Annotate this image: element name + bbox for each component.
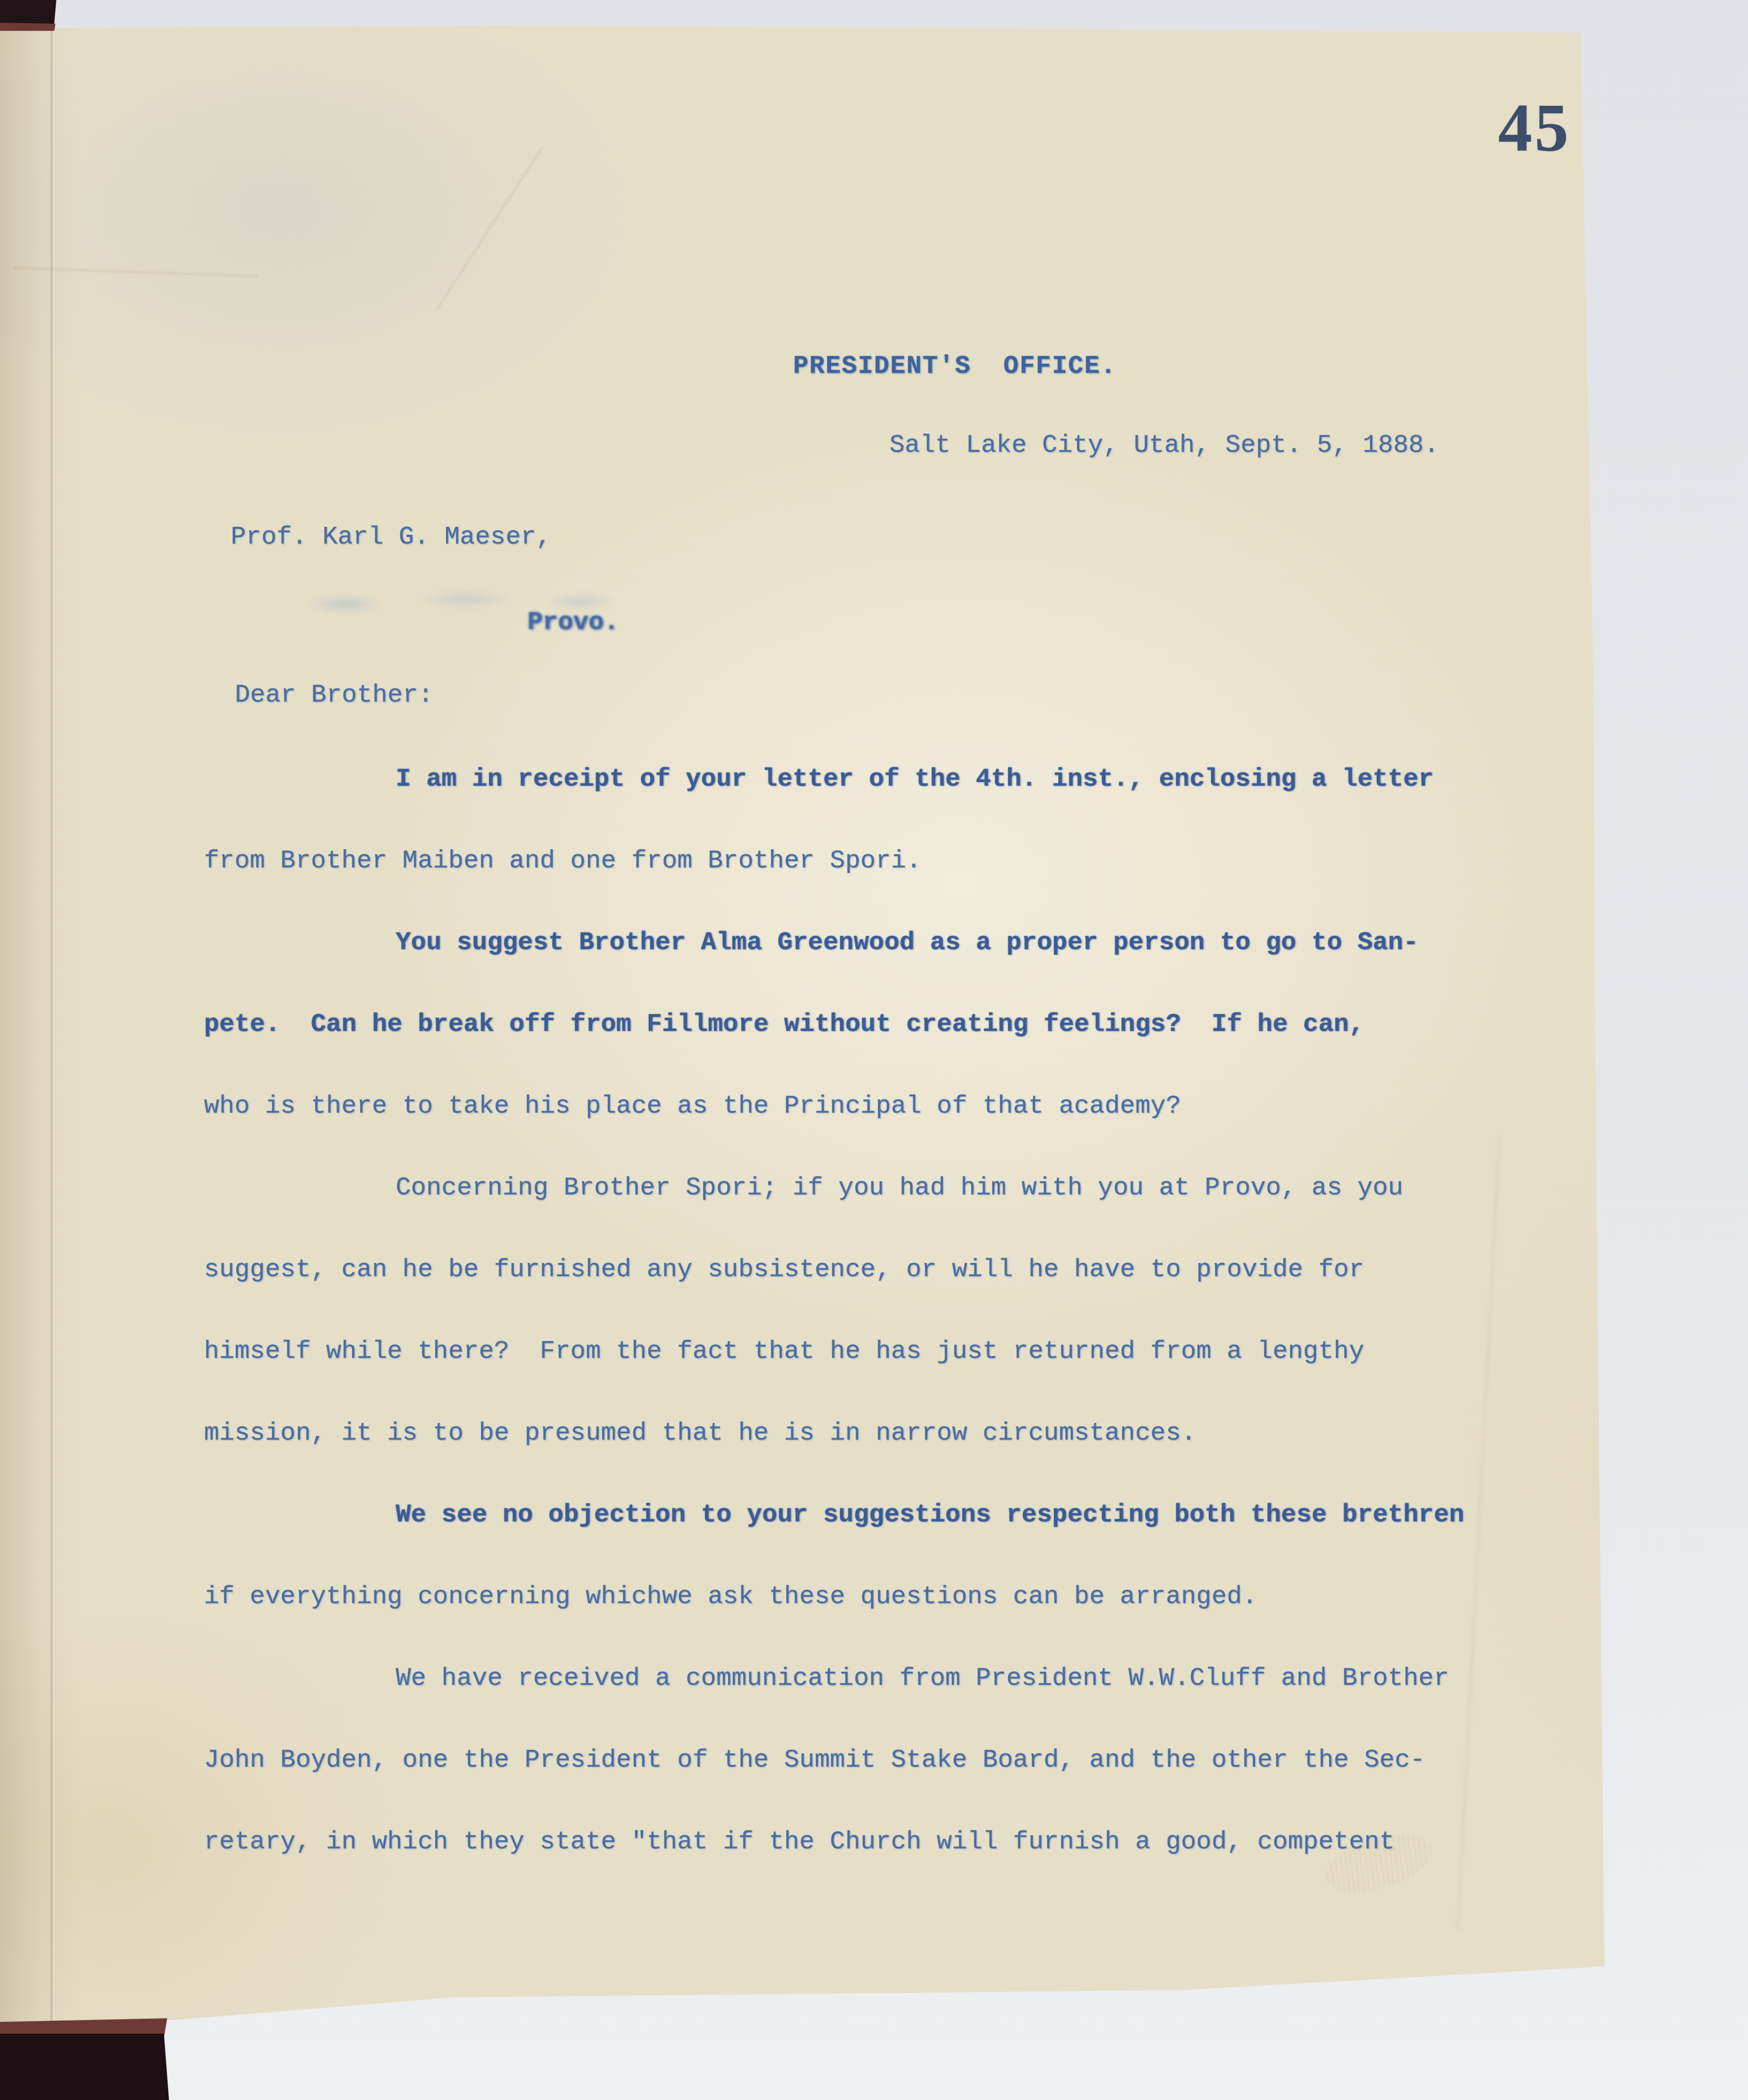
- letterhead-office: PRESIDENT'S OFFICE.: [793, 352, 1117, 381]
- letterhead-dateline: Salt Lake City, Utah, Sept. 5, 1888.: [889, 431, 1439, 460]
- letter-line: retary, in which they state "that if the…: [204, 1827, 1395, 1856]
- binding-top-dark: [0, 0, 56, 25]
- ink-offset-ghost: [291, 577, 654, 627]
- letter-line: We have received a communication from Pr…: [396, 1664, 1449, 1693]
- letter-line: We see no objection to your suggestions …: [396, 1500, 1464, 1529]
- letter-line: who is there to take his place as the Pr…: [204, 1091, 1181, 1120]
- binding-bottom-dark: [0, 2034, 169, 2100]
- page-number: 45: [1498, 89, 1566, 167]
- letter-line: Concerning Brother Spori; if you had him…: [396, 1173, 1403, 1202]
- letter-line: if everything concerning whichwe ask the…: [204, 1582, 1257, 1611]
- letter-line: mission, it is to be presumed that he is…: [204, 1418, 1196, 1447]
- letter-line: John Boyden, one the President of the Su…: [204, 1745, 1425, 1774]
- letter-page: 45 PRESIDENT'S OFFICE. Salt Lake City, U…: [0, 0, 1748, 2100]
- binding-top-maroon: [0, 23, 55, 31]
- letter-line: from Brother Maiben and one from Brother…: [204, 846, 921, 875]
- page-edge-shading: [0, 0, 1748, 2100]
- letter-line: pete. Can he break off from Fillmore wit…: [204, 1010, 1364, 1039]
- salutation: Dear Brother:: [235, 680, 433, 709]
- letter-line: suggest, can he be furnished any subsist…: [204, 1255, 1364, 1284]
- recipient-name: Prof. Karl G. Maeser,: [231, 522, 551, 551]
- letter-line: You suggest Brother Alma Greenwood as a …: [396, 928, 1419, 957]
- letter-line: himself while there? From the fact that …: [204, 1337, 1364, 1366]
- letter-line: I am in receipt of your letter of the 4t…: [396, 764, 1434, 793]
